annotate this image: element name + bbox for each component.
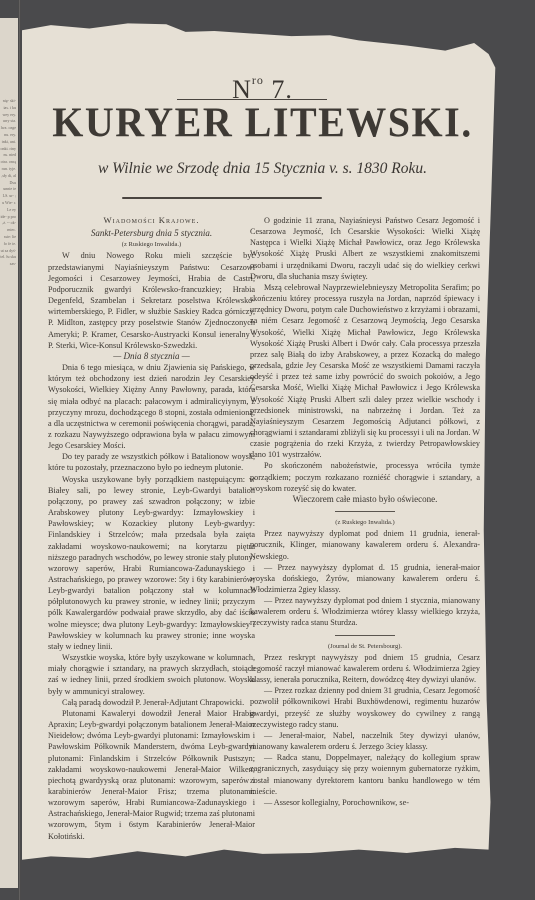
article-paragraph: Wieczorem całe miasto było oświecone. xyxy=(250,494,480,505)
newspaper-page: Nro 7. KURYER LITEWSKI. w Wilnie we Srzo… xyxy=(22,20,503,870)
dateline: w Wilnie we Srzodę dnia 15 Stycznia v. s… xyxy=(22,160,503,178)
left-column: Wiadomości Krajowe. Sankt-Petersburg dni… xyxy=(48,215,255,842)
article-paragraph: Przez reskrypt naywyższy pod dniem 15 gr… xyxy=(250,652,480,685)
right-column: O godzinie 11 zrana, Nayiaśnieysi Państw… xyxy=(250,215,480,808)
article-paragraph: W dniu Nowego Roku mieli szczęście być p… xyxy=(48,250,255,350)
article-paragraph: Całą paradą dowodził P. Jenerał-Adjutant… xyxy=(48,697,255,708)
separator-rule xyxy=(335,511,395,512)
article-paragraph: — Assesor kollegialny, Porochownikow, se… xyxy=(250,797,480,808)
article-paragraph: Do tey parady ze wszystkich półkow i Bat… xyxy=(48,451,255,473)
masthead-rule xyxy=(122,197,322,199)
place-date: Sankt-Petersburg dnia 5 stycznia. xyxy=(48,228,255,239)
source-note: (Journal de St. Petersbourg). xyxy=(250,641,480,652)
article-paragraph: — Przez rozkaz dzienny pod dniem 31 grud… xyxy=(250,685,480,730)
masthead-title: KURYER LITEWSKI. xyxy=(22,98,503,147)
article-paragraph: Woyska uszykowane były porządkiem następ… xyxy=(48,474,255,653)
issue-sup: ro xyxy=(252,73,264,87)
article-paragraph: Po skończoném nabożeństwie, processya wr… xyxy=(250,460,480,493)
section-heading: Wiadomości Krajowe. xyxy=(48,215,255,226)
source-note: (z Ruskiego Inwalida.) xyxy=(250,517,480,528)
article-paragraph: — Przez naywyższy dyplomat pod dniem 1 s… xyxy=(250,595,480,628)
article-paragraph: — Jenerał-maior, Nabel, naczelnik 5tey d… xyxy=(250,730,480,752)
source-note: (z Ruskiego Inwalida.) xyxy=(48,239,255,250)
article-paragraph: Przez naywyższy dyplomat pod dniem 11 gr… xyxy=(250,528,480,561)
date-heading: — Dnia 8 stycznia — xyxy=(48,351,255,362)
article-paragraph: — Radca stanu, Doppelmayer, należący do … xyxy=(250,752,480,797)
article-paragraph: O godzinie 11 zrana, Nayiaśnieysi Państw… xyxy=(250,215,480,282)
article-paragraph: — Przez naywyższy dyplomat d. 15 grudnia… xyxy=(250,562,480,595)
adjacent-page-fragment: nię- ski- ias. i ku wey ery. urry sta. l… xyxy=(0,18,18,888)
article-paragraph: Wszystkie woyska, które były uszykowane … xyxy=(48,652,255,697)
adjacent-page-text: nię- ski- ias. i ku wey ery. urry sta. l… xyxy=(0,18,18,268)
article-paragraph: Plutonami Kawaleryi dowodził Jenerał Mai… xyxy=(48,708,255,842)
article-paragraph: Dnia 6 tego miesiąca, w dniu Zjawienia s… xyxy=(48,362,255,451)
article-paragraph: Mszą celebrował Nayprzewielebnieyszy Met… xyxy=(250,282,480,461)
binding-gutter xyxy=(18,0,21,900)
separator-rule xyxy=(335,635,395,636)
